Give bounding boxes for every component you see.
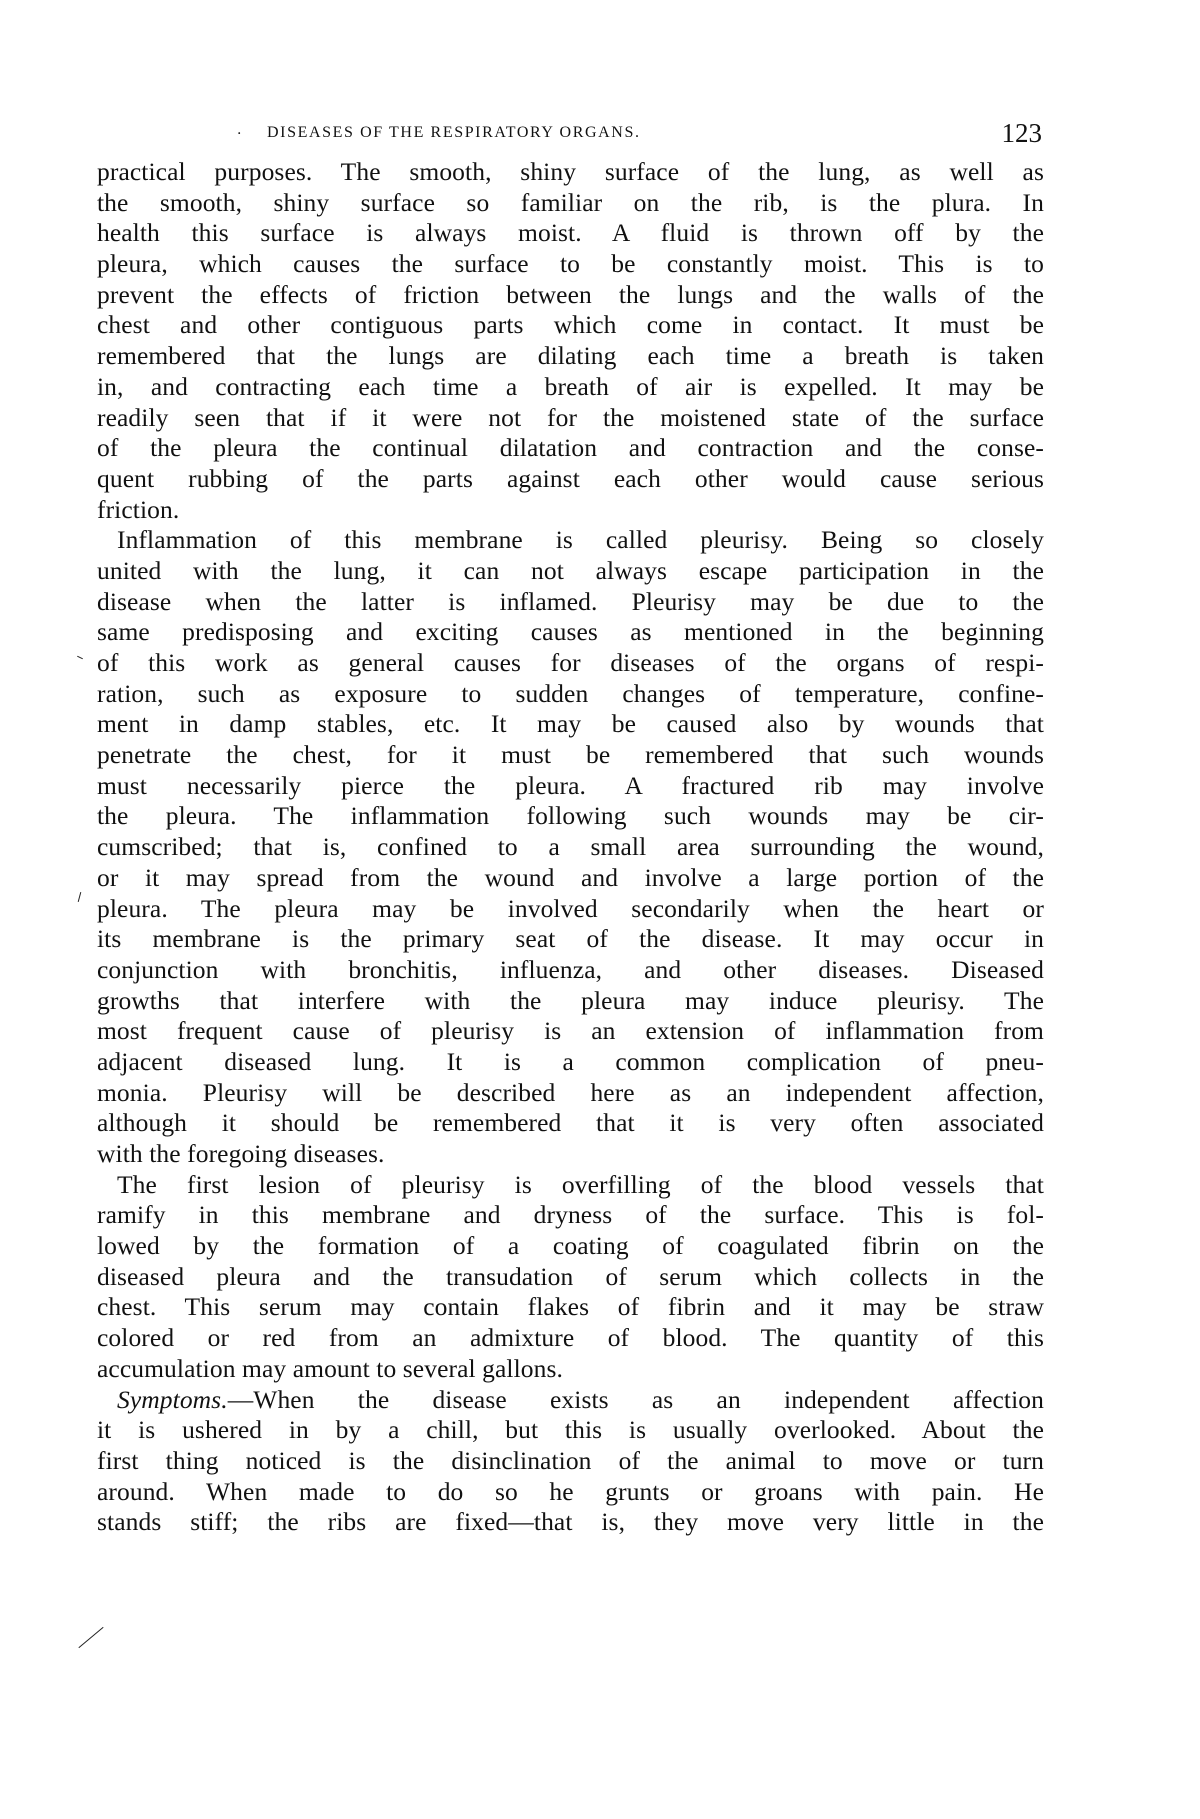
text-line: conjunction with bronchitis, influenza, …	[97, 955, 1044, 986]
text-line: it is ushered in by a chill, but this is…	[97, 1415, 1044, 1446]
text-line: around. When made to do so he grunts or …	[97, 1477, 1044, 1508]
running-head: · DISEASES OF THE RESPIRATORY ORGANS. 12…	[96, 118, 1042, 154]
text-line: most frequent cause of pleurisy is an ex…	[97, 1016, 1044, 1047]
scan-mark	[78, 892, 82, 902]
paragraph-3: The first lesion of pleurisy is overfill…	[97, 1170, 1044, 1385]
paragraph-2: Inflammation of this membrane is called …	[97, 525, 1044, 1169]
text-line: monia. Pleurisy will be described here a…	[97, 1078, 1044, 1109]
text-line: of this work as general causes for disea…	[97, 648, 1044, 679]
text-line: same predisposing and exciting causes as…	[97, 617, 1044, 648]
text-line: of the pleura the continual dilatation a…	[97, 433, 1044, 464]
text-line: the pleura. The inflammation following s…	[97, 801, 1044, 832]
text-line: with the foregoing diseases.	[97, 1139, 1044, 1170]
text-line: united with the lung, it can not always …	[97, 556, 1044, 587]
text-line: growths that interfere with the pleura m…	[97, 986, 1044, 1017]
text-line: penetrate the chest, for it must be reme…	[97, 740, 1044, 771]
paragraph-symptoms: Symptoms.—When the disease exists as an …	[97, 1385, 1044, 1538]
text-line: readily seen that if it were not for the…	[97, 403, 1044, 434]
text-line: adjacent diseased lung. It is a common c…	[97, 1047, 1044, 1078]
text-run: —When the disease exists as an independe…	[228, 1385, 1044, 1414]
text-line: chest. This serum may contain flakes of …	[97, 1292, 1044, 1323]
text-line: pleura, which causes the surface to be c…	[97, 249, 1044, 280]
body-text: practical purposes. The smooth, shiny su…	[97, 157, 1044, 1538]
text-line: colored or red from an admixture of bloo…	[97, 1323, 1044, 1354]
text-line: chest and other contiguous parts which c…	[97, 310, 1044, 341]
text-line: disease when the latter is inflamed. Ple…	[97, 587, 1044, 618]
text-line: ramify in this membrane and dryness of t…	[97, 1200, 1044, 1231]
text-line: quent rubbing of the parts against each …	[97, 464, 1044, 495]
text-line: stands stiff; the ribs are fixed—that is…	[97, 1507, 1044, 1538]
scan-mark	[78, 1627, 103, 1648]
text-line: ment in damp stables, etc. It may be cau…	[97, 709, 1044, 740]
text-line: diseased pleura and the transudation of …	[97, 1262, 1044, 1293]
text-line: the smooth, shiny surface so familiar on…	[97, 188, 1044, 219]
page-number: 123	[1002, 118, 1043, 149]
book-page: · DISEASES OF THE RESPIRATORY ORGANS. 12…	[0, 0, 1200, 1819]
text-line: accumulation may amount to several gallo…	[97, 1354, 1044, 1385]
scan-mark	[77, 656, 83, 659]
paragraph-1: practical purposes. The smooth, shiny su…	[97, 157, 1044, 525]
text-line: friction.	[97, 495, 1044, 526]
text-line: health this surface is always moist. A f…	[97, 218, 1044, 249]
text-line: cumscribed; that is, confined to a small…	[97, 832, 1044, 863]
text-line: practical purposes. The smooth, shiny su…	[97, 157, 1044, 188]
text-line: ration, such as exposure to sudden chang…	[97, 679, 1044, 710]
text-line: pleura. The pleura may be involved secon…	[97, 894, 1044, 925]
text-line: The first lesion of pleurisy is overfill…	[97, 1170, 1044, 1201]
text-line: Inflammation of this membrane is called …	[97, 525, 1044, 556]
stray-mark: ·	[237, 126, 241, 142]
text-line: prevent the effects of friction between …	[97, 280, 1044, 311]
text-line: although it should be remembered that it…	[97, 1108, 1044, 1139]
text-line: lowed by the formation of a coating of c…	[97, 1231, 1044, 1262]
text-line: or it may spread from the wound and invo…	[97, 863, 1044, 894]
section-heading-symptoms: Symptoms.	[117, 1385, 228, 1414]
text-line: Symptoms.—When the disease exists as an …	[97, 1385, 1044, 1416]
running-title: DISEASES OF THE RESPIRATORY ORGANS.	[267, 124, 641, 142]
text-line: first thing noticed is the disinclinatio…	[97, 1446, 1044, 1477]
text-line: its membrane is the primary seat of the …	[97, 924, 1044, 955]
text-line: must necessarily pierce the pleura. A fr…	[97, 771, 1044, 802]
text-line: remembered that the lungs are dilating e…	[97, 341, 1044, 372]
text-line: in, and contracting each time a breath o…	[97, 372, 1044, 403]
